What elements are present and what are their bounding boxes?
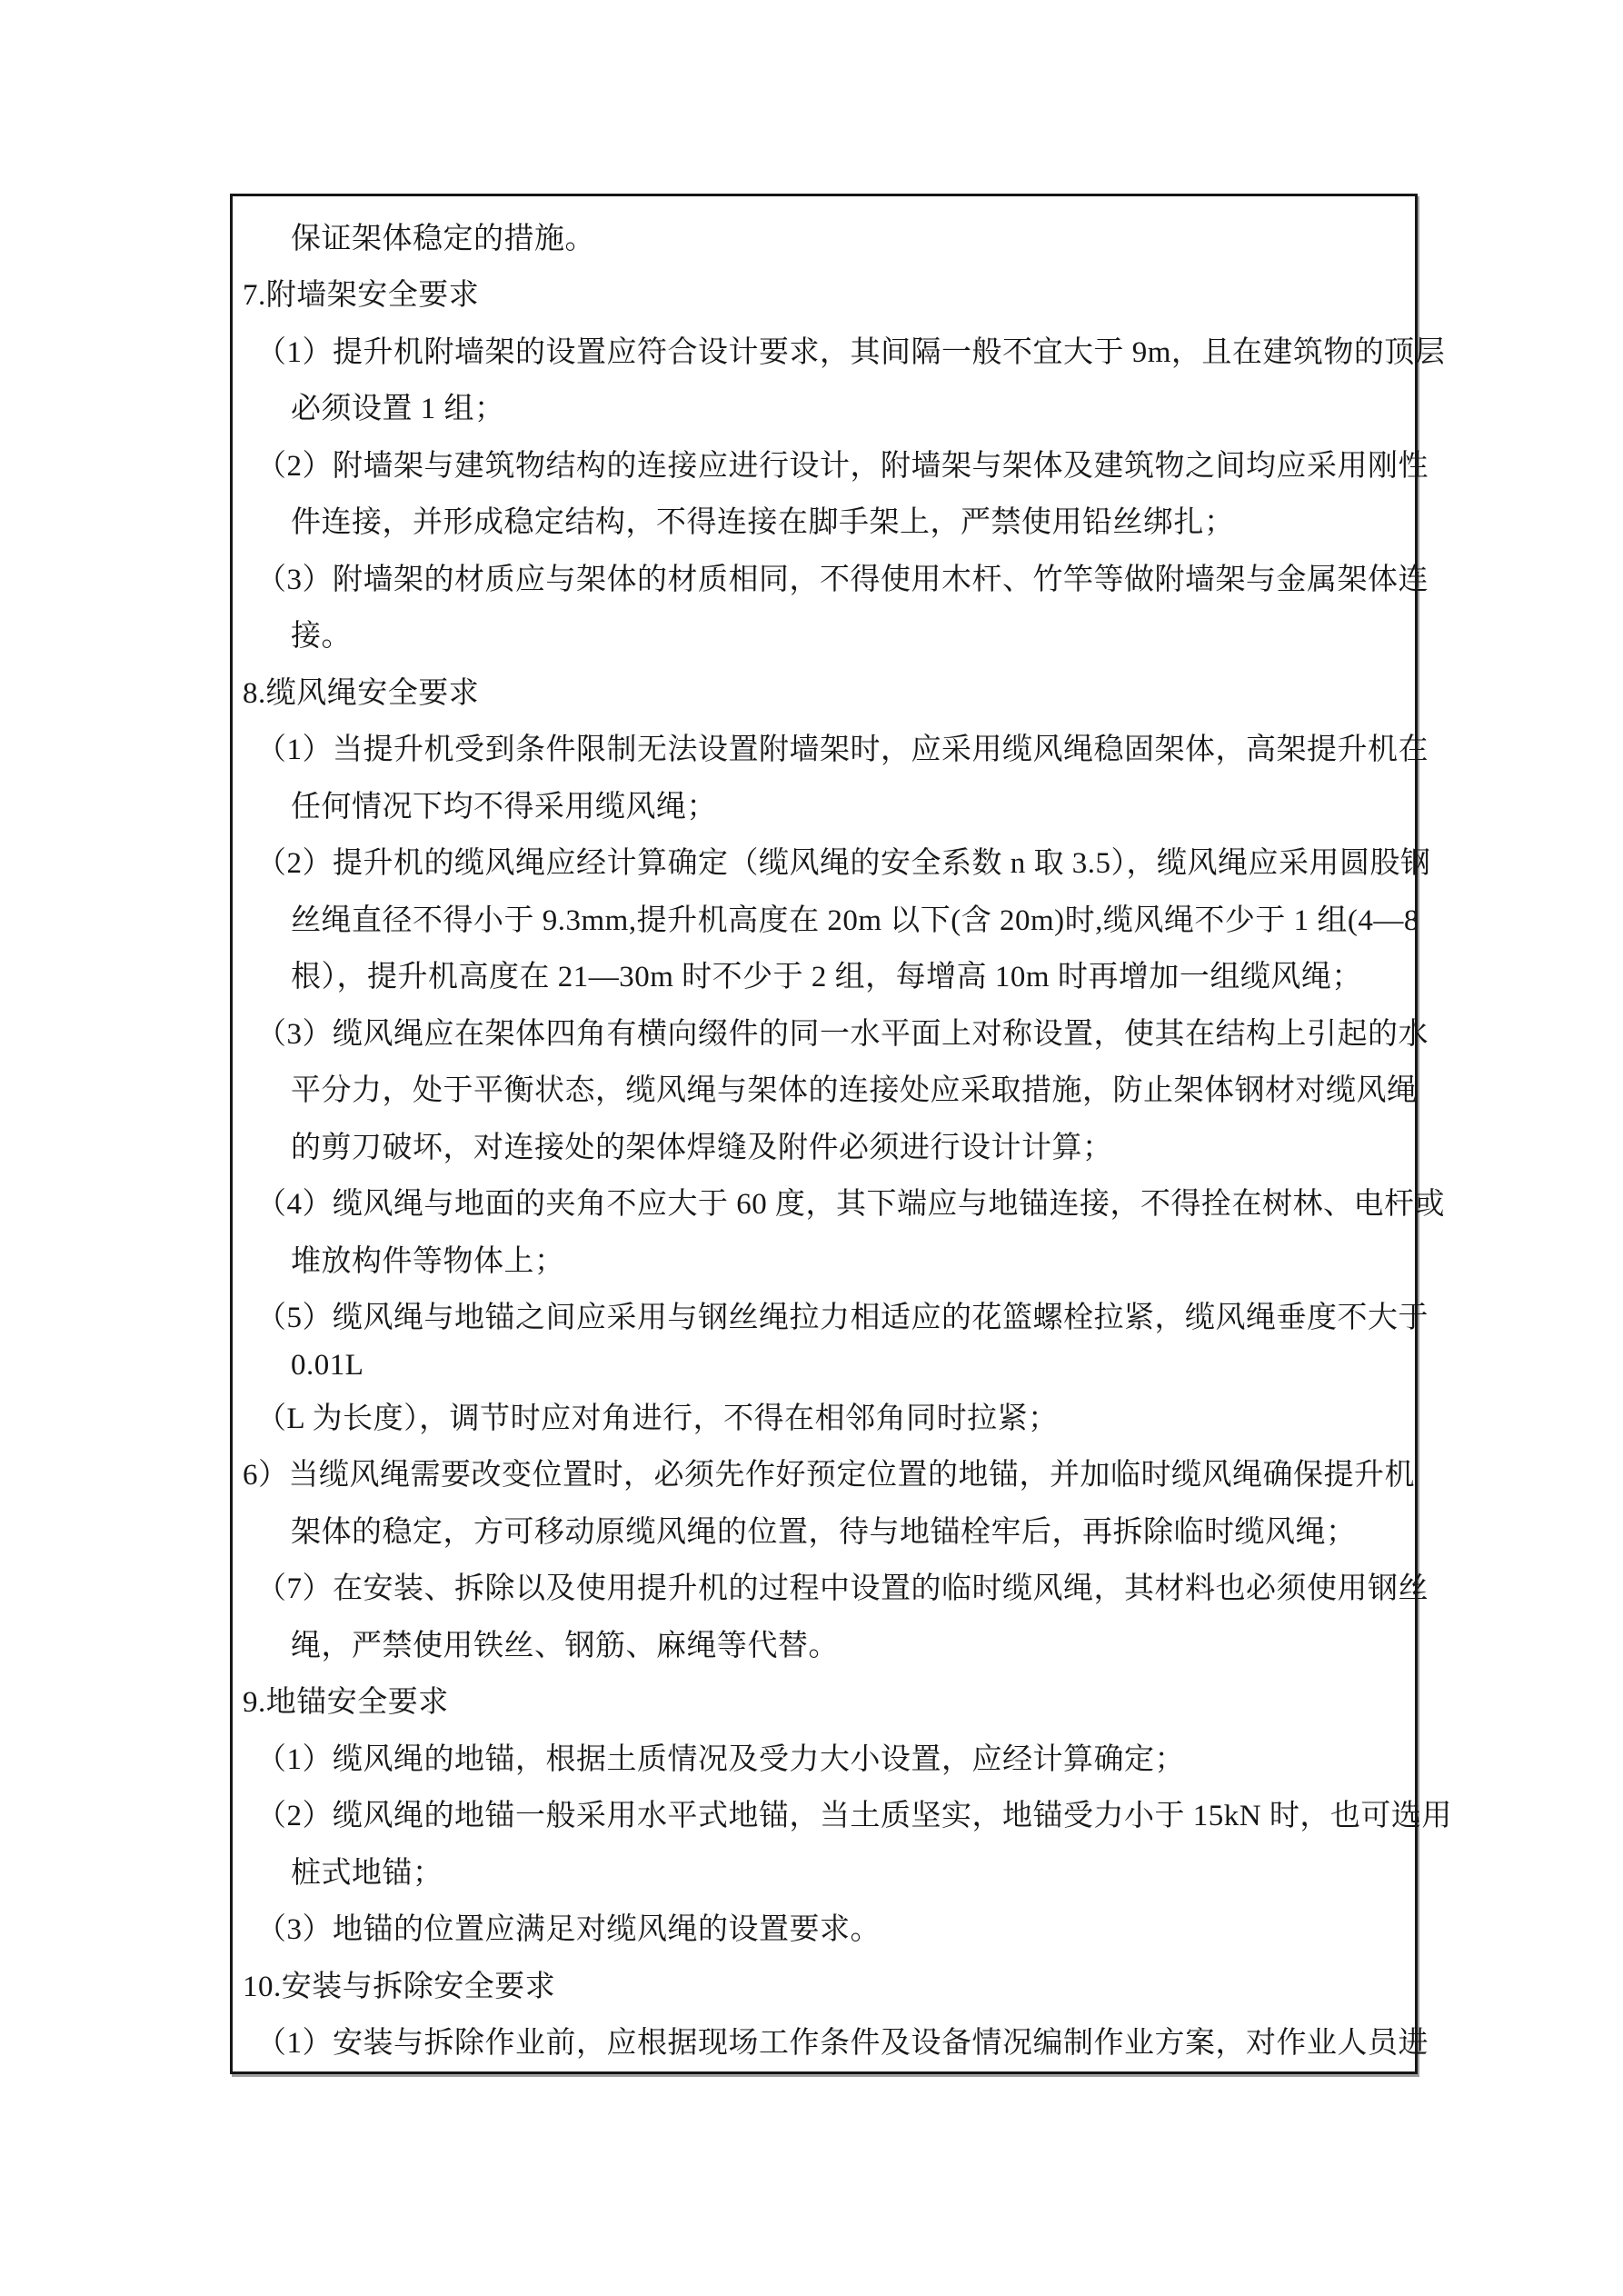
text-line: 接。 bbox=[233, 605, 1415, 663]
text-line: 丝绳直径不得小于 9.3mm,提升机高度在 20m 以下(含 20m)时,缆风绳… bbox=[233, 889, 1415, 946]
text-line: 9.地锚安全要求 bbox=[233, 1672, 1415, 1729]
text-line: 绳，严禁使用铁丝、钢筋、麻绳等代替。 bbox=[233, 1614, 1415, 1672]
text-line: （L 为长度），调节时应对角进行，不得在相邻角同时拉紧； bbox=[233, 1387, 1415, 1444]
text-line: 7.附墙架安全要求 bbox=[233, 265, 1415, 322]
text-line: 10.安装与拆除安全要求 bbox=[233, 1955, 1415, 2012]
text-line: 必须设置 1 组； bbox=[233, 378, 1415, 435]
text-line: （1）安装与拆除作业前，应根据现场工作条件及设备情况编制作业方案，对作业人员进 bbox=[233, 2012, 1415, 2070]
text-line: 平分力，处于平衡状态，缆风绳与架体的连接处应采取措施，防止架体钢材对缆风绳 bbox=[233, 1060, 1415, 1117]
text-line: （2）提升机的缆风绳应经计算确定（缆风绳的安全系数 n 取 3.5），缆风绳应采… bbox=[233, 833, 1415, 890]
text-line: （2）附墙架与建筑物结构的连接应进行设计，附墙架与架体及建筑物之间均应采用刚性 bbox=[233, 434, 1415, 492]
text-line: 任何情况下均不得采用缆风绳； bbox=[233, 775, 1415, 833]
text-line: （3）附墙架的材质应与架体的材质相同，不得使用木杆、竹竿等做附墙架与金属架体连 bbox=[233, 548, 1415, 605]
text-line: 的剪刀破坏，对连接处的架体焊缝及附件必须进行设计计算； bbox=[233, 1116, 1415, 1173]
document-table-cell: 保证架体稳定的措施。7.附墙架安全要求（1）提升机附墙架的设置应符合设计要求，其… bbox=[230, 194, 1418, 2074]
text-line: 架体的稳定，方可移动原缆风绳的位置，待与地锚栓牢后，再拆除临时缆风绳； bbox=[233, 1501, 1415, 1558]
text-line: （3）缆风绳应在架体四角有横向缀件的同一水平面上对称设置，使其在结构上引起的水 bbox=[233, 1003, 1415, 1060]
text-line: 6）当缆风绳需要改变位置时，必须先作好预定位置的地锚，并加临时缆风绳确保提升机 bbox=[233, 1444, 1415, 1502]
text-line: 0.01L bbox=[233, 1343, 1415, 1387]
text-line: 保证架体稳定的措施。 bbox=[233, 207, 1415, 265]
text-line: （2）缆风绳的地锚一般采用水平式地锚，当土质坚实，地锚受力小于 15kN 时，也… bbox=[233, 1785, 1415, 1842]
text-line: 根），提升机高度在 21—30m 时不少于 2 组，每增高 10m 时再增加一组… bbox=[233, 946, 1415, 1003]
text-line: （1）缆风绳的地锚，根据土质情况及受力大小设置，应经计算确定； bbox=[233, 1728, 1415, 1785]
text-line: 件连接，并形成稳定结构，不得连接在脚手架上，严禁使用铅丝绑扎； bbox=[233, 492, 1415, 549]
text-line: （5）缆风绳与地锚之间应采用与钢丝绳拉力相适应的花篮螺栓拉紧，缆风绳垂度不大于 bbox=[233, 1287, 1415, 1344]
text-line: 桩式地锚； bbox=[233, 1842, 1415, 1899]
text-line: （4）缆风绳与地面的夹角不应大于 60 度，其下端应与地锚连接，不得拴在树林、电… bbox=[233, 1173, 1415, 1231]
text-line: （1）提升机附墙架的设置应符合设计要求，其间隔一般不宜大于 9m，且在建筑物的顶… bbox=[233, 321, 1415, 378]
page: 保证架体稳定的措施。7.附墙架安全要求（1）提升机附墙架的设置应符合设计要求，其… bbox=[0, 0, 1623, 2296]
text-line: （7）在安装、拆除以及使用提升机的过程中设置的临时缆风绳，其材料也必须使用钢丝 bbox=[233, 1558, 1415, 1615]
text-line: （3）地锚的位置应满足对缆风绳的设置要求。 bbox=[233, 1899, 1415, 1956]
text-line: 堆放构件等物体上； bbox=[233, 1230, 1415, 1287]
text-line: （1）当提升机受到条件限制无法设置附墙架时，应采用缆风绳稳固架体，高架提升机在 bbox=[233, 719, 1415, 776]
text-line: 8.缆风绳安全要求 bbox=[233, 662, 1415, 719]
document-lines: 保证架体稳定的措施。7.附墙架安全要求（1）提升机附墙架的设置应符合设计要求，其… bbox=[233, 207, 1415, 2069]
